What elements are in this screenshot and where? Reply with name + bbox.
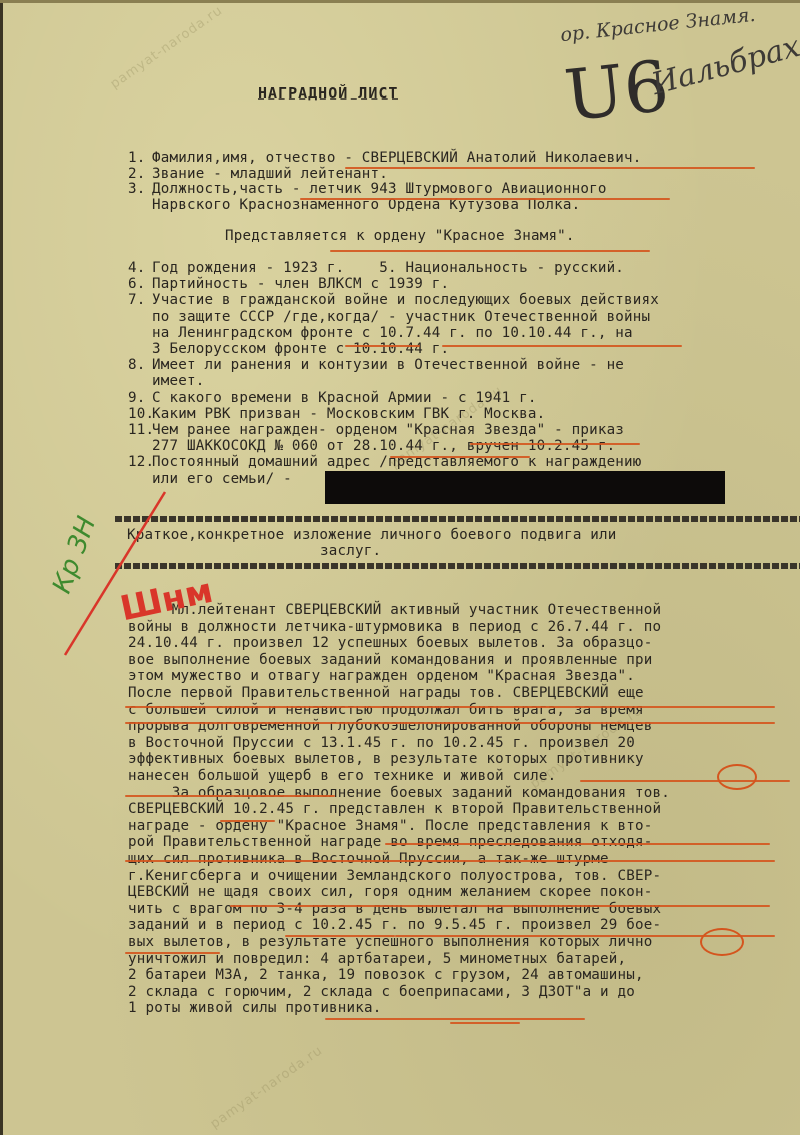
field-line: 11.Чем ранее награжден- орденом "Красная… [128,422,624,438]
field-text: 277 ШАККОСОКД № 060 от 28.10.44 г., вруч… [152,438,615,454]
field-text: Партийность - член ВЛКСМ с 1939 г. [152,276,449,292]
body-line: заданий и в период с 10.2.45 г. по 9.5.4… [128,917,661,933]
field-line: 7.Участие в гражданской войне и последую… [128,292,659,308]
page-edge-top [0,0,800,3]
field-line: 6.Партийность - член ВЛКСМ с 1939 г. [128,276,449,292]
circled-sorties-20 [717,764,757,790]
field-line: 277 ШАККОСОКД № 060 от 28.10.44 г., вруч… [128,438,615,454]
page-edge [0,0,3,1135]
underline-text [230,905,770,907]
field-line: 8.Имеет ли ранения и контузии в Отечеств… [128,357,624,373]
field-line: 4.Год рождения - 1923 г. 5. Национальнос… [128,260,624,276]
body-line: 2 батареи МЗА, 2 танка, 19 повозок с гру… [128,967,644,983]
field-text: Чем ранее награжден- орденом "Красная Зв… [152,422,624,438]
divider-double [115,516,800,522]
body-line: 2 склада с горючим, 2 склада с боеприпас… [128,984,635,1000]
field-line: 9.С какого времени в Красной Армии - с 1… [128,390,537,406]
field-text: Участие в гражданской войне и последующи… [152,292,659,308]
body-line: г.Кенигсберга и очищении Земландского по… [128,868,661,884]
underline-date [220,820,275,822]
field-number: 6. [128,276,152,292]
underline-text [125,706,775,708]
body-line: награде - ордену "Красное Знамя". После … [128,818,653,834]
field-number: 11. [128,422,152,438]
field-text: или его семьи/ - [152,471,292,487]
section-heading-line-1: Краткое,конкретное изложение личного бое… [127,527,617,543]
body-line: этом мужество и отвагу награжден орденом… [128,668,635,684]
field-text: С какого времени в Красной Армии - с 194… [152,390,537,406]
underline-award [330,250,650,252]
field-line: 10.Каким РВК призван - Московским ГВК г.… [128,406,545,422]
field-text: Имеет ли ранения и контузии в Отечествен… [152,357,624,373]
underline-red-star [470,443,640,445]
field-text: имеет. [152,373,204,389]
field-text: Каким РВК призван - Московским ГВК г. Мо… [152,406,545,422]
divider-double [115,563,800,569]
redacted-address [325,471,725,504]
watermark: pamyat-naroda.ru [208,1043,326,1132]
body-line: СВЕРЦЕВСКИЙ 10.2.45 г. представлен к вто… [128,801,661,817]
field-line: имеет. [128,373,204,389]
field-number: 1. [128,150,152,166]
circled-sorties-29 [700,928,744,956]
watermark: pamyat-naroda.ru [108,3,226,92]
field-number: 7. [128,292,152,308]
underline-unit [300,198,670,200]
underline-text [580,780,790,782]
underline-date [285,935,395,937]
field-text: по защите СССР /где,когда/ - участник От… [152,309,650,325]
field-number: 4. [128,260,152,276]
body-line: вое выполнение боевых заданий командован… [128,652,653,668]
presented-for-award: Представляется к ордену "Красное Знамя". [225,228,575,244]
field-text: на Ленинградском фронте с 10.7.44 г. по … [152,325,633,341]
underline-ammo-depots [325,1018,585,1020]
body-line: 1 роты живой силы противника. [128,1000,382,1016]
handwritten-award-note: ор. Красное Знамя. [559,4,756,46]
body-line: эффективных боевых вылетов, в результате… [128,751,644,767]
document-title: НАГРАДНОЙ ЛИСТ [258,84,398,102]
field-number: 10. [128,406,152,422]
body-line: За образцовое выполнение боевых заданий … [128,785,670,801]
field-line: или его семьи/ - [128,471,292,487]
section-heading-line-2: заслуг. [320,543,381,559]
field-line: на Ленинградском фронте с 10.7.44 г. по … [128,325,633,341]
underline-text [125,860,775,862]
field-text: Фамилия,имя, отчество - СВЕРЦЕВСКИЙ Анат… [152,150,642,166]
underline-text [385,843,770,845]
underline-text [125,722,775,724]
body-line: После первой Правительственной награды т… [128,685,644,701]
body-line: нанесен большой ущерб в его технике и жи… [128,768,556,784]
field-line: 1.Фамилия,имя, отчество - СВЕРЦЕВСКИЙ Ан… [128,150,642,166]
underline-text [125,952,220,954]
field-number: 9. [128,390,152,406]
field-text: 3 Белорусском фронте с 10.10.44 г. [152,341,449,357]
field-line: по защите СССР /где,когда/ - участник От… [128,309,650,325]
body-line: с большей силой и ненавистью продолжал б… [128,702,644,718]
field-number: 12. [128,454,152,470]
field-text: Год рождения - 1923 г. 5. Национальность… [152,260,624,276]
field-number: 2. [128,166,152,182]
body-line: щих сил противника в Восточной Пруссии, … [128,851,609,867]
body-line: ЦЕВСКИЙ не щадя своих сил, горя одним же… [128,884,653,900]
underline-date [345,345,420,347]
red-diagonal-stroke [60,490,170,660]
field-number: 3. [128,181,152,197]
underline-order [390,456,530,458]
field-line: 12.Постоянный домашний адрес /представля… [128,454,642,470]
signature: Иальбрах [648,29,800,102]
body-line: войны в должности летчика-штурмовика в п… [128,619,661,635]
underline-text [125,795,335,797]
field-text: Должность,часть - летчик 943 Штурмового … [152,181,607,197]
field-line: 3.Должность,часть - летчик 943 Штурмовог… [128,181,607,197]
award-sheet-page: pamyat-naroda.ru pamyat-naroda.ru pamyat… [0,0,800,1135]
underline-name [345,167,755,169]
field-number: 8. [128,357,152,373]
body-line: прорыва долговременной глубокоэшелониров… [128,718,653,734]
body-line: чить с врагом по 3-4 раза в день вылетал… [128,901,661,917]
field-line: 3 Белорусском фронте с 10.10.44 г. [128,341,449,357]
body-line: в Восточной Пруссии с 13.1.45 г. по 10.2… [128,735,635,751]
underline-text [450,1022,520,1024]
underline-date [442,345,682,347]
body-line: 24.10.44 г. произвел 12 успешных боевых … [128,635,653,651]
